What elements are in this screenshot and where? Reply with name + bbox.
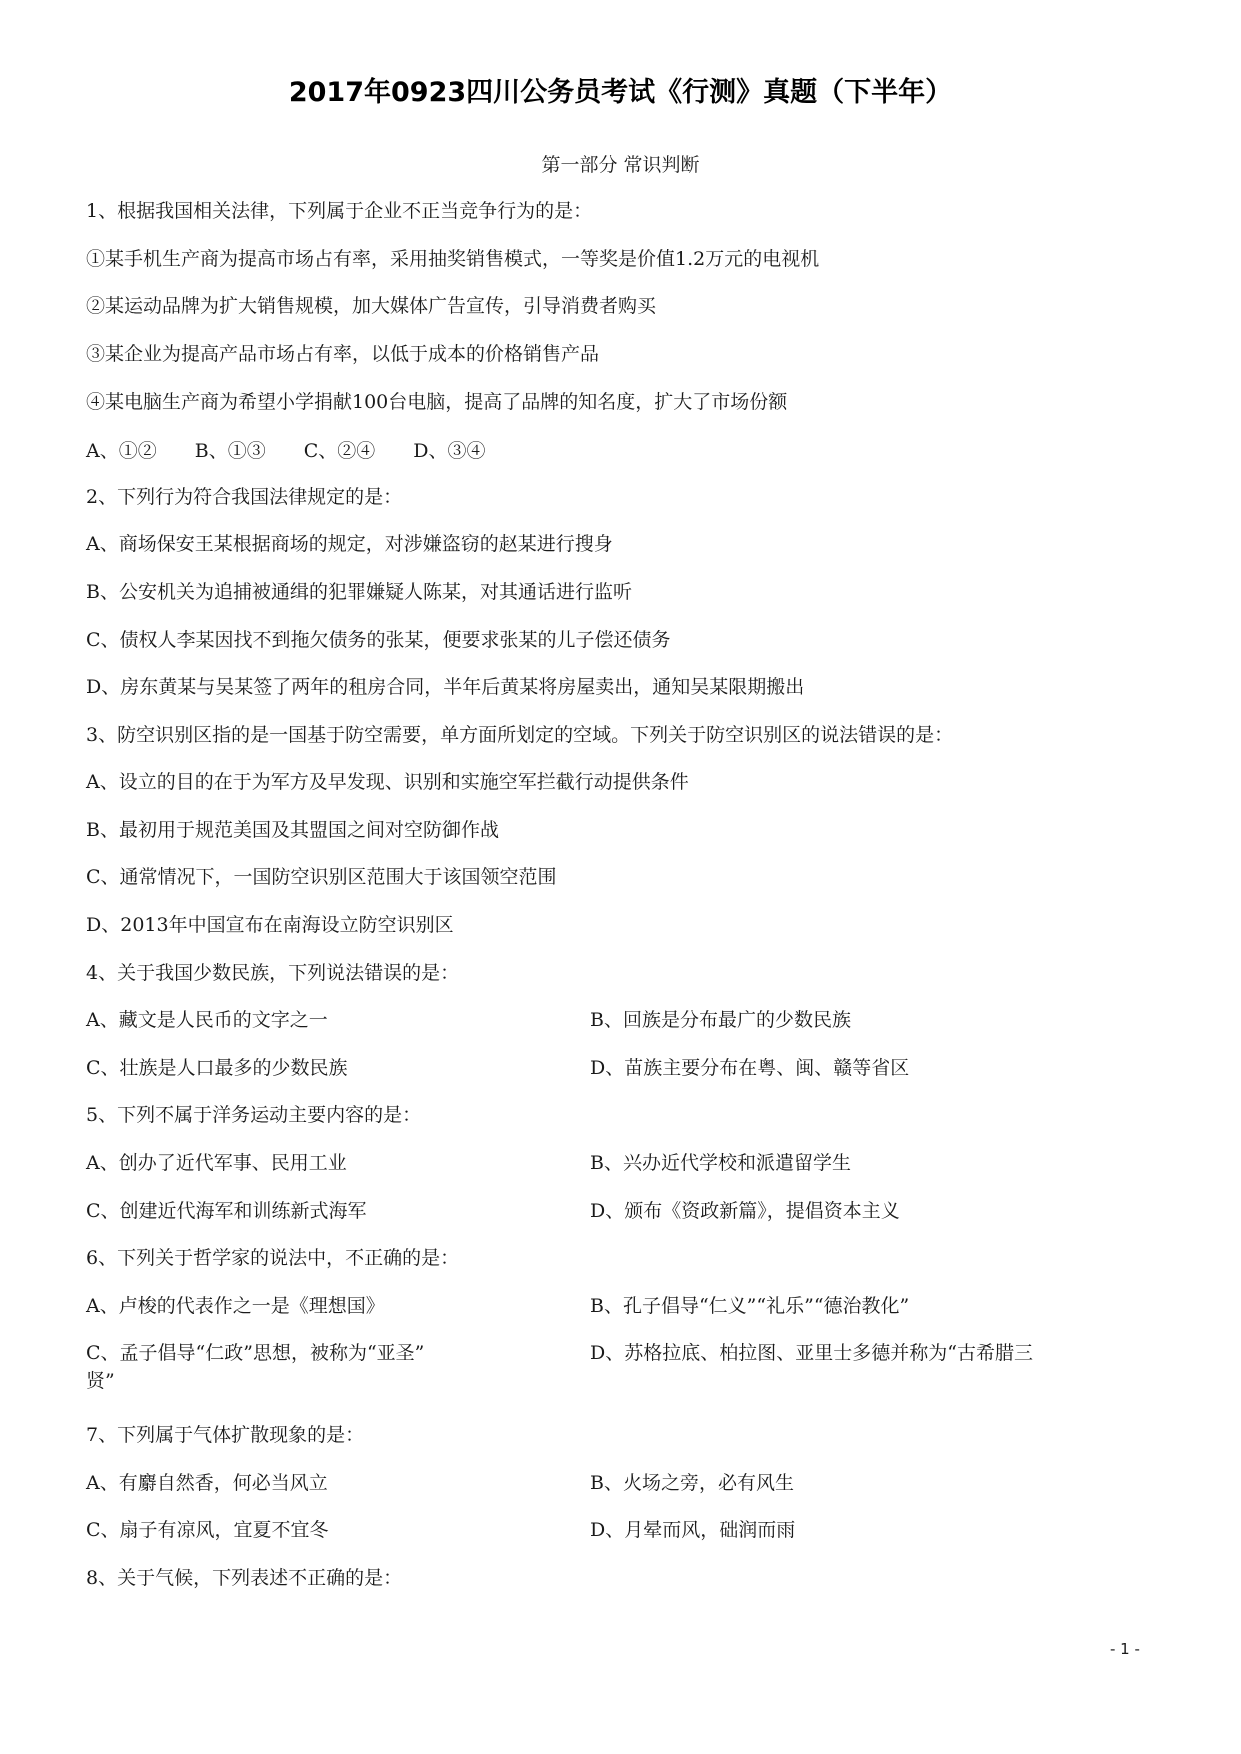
question-3-stem: 3、防空识别区指的是一国基于防空需要，单方面所划定的空域。下列关于防空识别区的说…	[86, 722, 953, 748]
question-7-option-b: B、火场之旁，必有风生	[590, 1470, 794, 1496]
question-6-stem: 6、下列关于哲学家的说法中，不正确的是：	[86, 1245, 459, 1271]
question-1-statement-2: ②某运动品牌为扩大销售规模，加大媒体广告宣传，引导消费者购买	[86, 293, 656, 319]
page-number: - 1 -	[1110, 1640, 1140, 1658]
question-2-stem: 2、下列行为符合我国法律规定的是：	[86, 484, 402, 510]
question-5-option-d: D、颁布《资政新篇》，提倡资本主义	[590, 1198, 900, 1224]
question-6-option-c: C、孟子倡导“仁政”思想，被称为“亚圣”	[86, 1340, 424, 1366]
question-4-option-a: A、藏文是人民币的文字之一	[86, 1007, 328, 1033]
question-3-option-d: D、2013年中国宣布在南海设立防空识别区	[86, 912, 454, 938]
question-3-option-a: A、设立的目的在于为军方及早发现、识别和实施空军拦截行动提供条件	[86, 769, 689, 795]
question-1-options: A、①②B、①③C、②④D、③④	[86, 436, 523, 463]
question-7-option-c: C、扇子有凉风，宜夏不宜冬	[86, 1517, 329, 1543]
question-4-option-d: D、苗族主要分布在粤、闽、赣等省区	[590, 1055, 909, 1081]
question-5-option-a: A、创办了近代军事、民用工业	[86, 1150, 347, 1176]
document-page: 2017年0923四川公务员考试《行测》真题（下半年） 第一部分 常识判断 1、…	[0, 0, 1241, 1754]
question-6-option-d: D、苏格拉底、柏拉图、亚里士多德并称为“古希腊三	[590, 1340, 1033, 1366]
question-3-option-c: C、通常情况下，一国防空识别区范围大于该国领空范围	[86, 864, 557, 890]
question-1-statement-4: ④某电脑生产商为希望小学捐献100台电脑，提高了品牌的知名度，扩大了市场份额	[86, 389, 787, 415]
option-a: A、①②	[86, 436, 157, 463]
question-8-stem: 8、关于气候，下列表述不正确的是：	[86, 1565, 402, 1591]
question-6-option-b: B、孔子倡导“仁义”“礼乐”“德治教化”	[590, 1293, 909, 1319]
question-4-option-b: B、回族是分布最广的少数民族	[590, 1007, 851, 1033]
option-c: C、②④	[304, 436, 376, 463]
question-5-option-b: B、兴办近代学校和派遣留学生	[590, 1150, 851, 1176]
question-6-option-a: A、卢梭的代表作之一是《理想国》	[86, 1293, 385, 1319]
question-1-statement-3: ③某企业为提高产品市场占有率，以低于成本的价格销售产品	[86, 341, 599, 367]
question-3-option-b: B、最初用于规范美国及其盟国之间对空防御作战	[86, 817, 499, 843]
document-title: 2017年0923四川公务员考试《行测》真题（下半年）	[0, 70, 1241, 109]
question-5-stem: 5、下列不属于洋务运动主要内容的是：	[86, 1102, 421, 1128]
question-4-option-c: C、壮族是人口最多的少数民族	[86, 1055, 348, 1081]
question-2-option-c: C、债权人李某因找不到拖欠债务的张某，便要求张某的儿子偿还债务	[86, 627, 671, 653]
section-heading: 第一部分 常识判断	[0, 150, 1241, 177]
question-1-stem: 1、根据我国相关法律，下列属于企业不正当竞争行为的是：	[86, 198, 592, 224]
question-6-option-d-wrap: 贤”	[86, 1368, 115, 1394]
question-7-option-d: D、月晕而风，础润而雨	[590, 1517, 795, 1543]
question-2-option-d: D、房东黄某与吴某签了两年的租房合同，半年后黄某将房屋卖出，通知吴某限期搬出	[86, 674, 804, 700]
option-d: D、③④	[413, 436, 485, 463]
question-7-option-a: A、有麝自然香，何必当风立	[86, 1470, 328, 1496]
question-5-option-c: C、创建近代海军和训练新式海军	[86, 1198, 367, 1224]
option-b: B、①③	[195, 436, 266, 463]
question-7-stem: 7、下列属于气体扩散现象的是：	[86, 1422, 364, 1448]
question-1-statement-1: ①某手机生产商为提高市场占有率，采用抽奖销售模式，一等奖是价值1.2万元的电视机	[86, 246, 819, 272]
question-2-option-a: A、商场保安王某根据商场的规定，对涉嫌盗窃的赵某进行搜身	[86, 531, 613, 557]
question-4-stem: 4、关于我国少数民族，下列说法错误的是：	[86, 960, 459, 986]
question-2-option-b: B、公安机关为追捕被通缉的犯罪嫌疑人陈某，对其通话进行监听	[86, 579, 632, 605]
